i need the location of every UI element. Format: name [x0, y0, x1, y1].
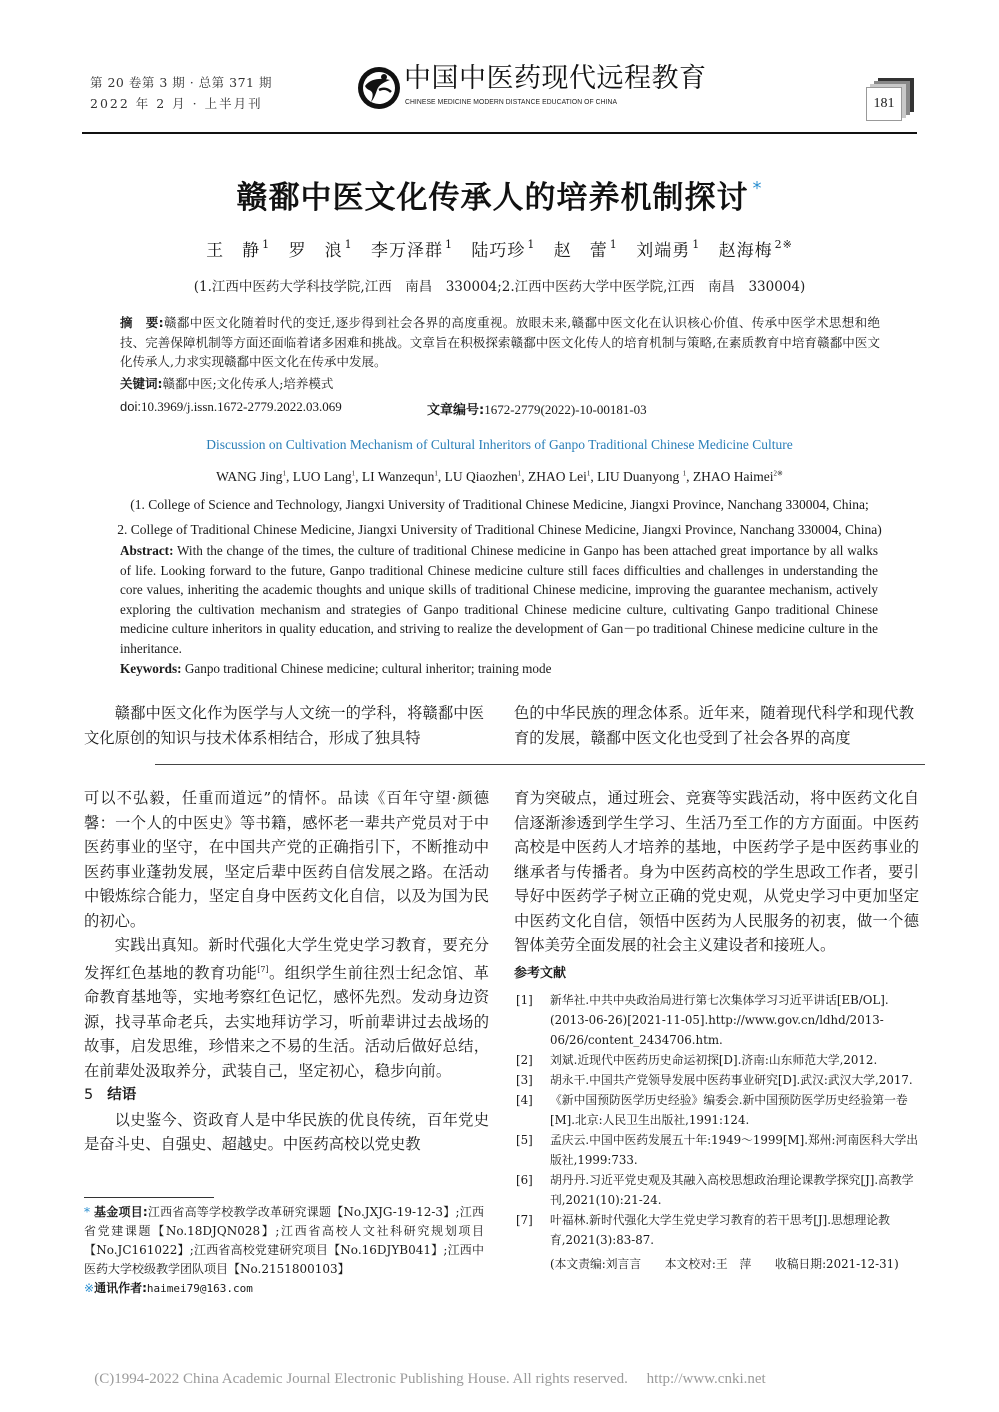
reference-item: [5]孟庆云.中国中医药发展五十年:1949～1999[M].郑州:河南医科大学… — [514, 1130, 919, 1170]
abstract-en: Abstract: With the change of the times, … — [120, 541, 878, 658]
fund-note: * 基金项目:江西省高等学校教学改革研究课题【No.JXJG-19-12-3】;… — [84, 1203, 484, 1279]
article-number: 文章编号:1672-2779(2022)-10-00181-03 — [427, 399, 647, 418]
page-number-box: 181 — [866, 81, 908, 121]
article-number-value: 1672-2779(2022)-10-00181-03 — [484, 402, 646, 417]
author: 赵海梅2※ — [719, 241, 793, 261]
body-paragraph: 可以不弘毅，任重而道远”的情怀。品读《百年守望·颜德馨：一个人的中医史》等书籍，… — [84, 786, 489, 933]
affiliation-en-1: (1. College of Science and Technology, J… — [0, 492, 999, 517]
copyright-notice: (C)1994-2022 China Academic Journal Elec… — [0, 1367, 860, 1388]
reference-item: [7]叶福林.新时代强化大学生党史学习教育的若干思考[J].思想理论教育,202… — [514, 1210, 919, 1250]
article-title: 赣鄱中医文化传承人的培养机制探讨* — [0, 172, 999, 217]
abstract-label: 摘 要: — [120, 315, 164, 330]
doi: doi:10.3969/j.issn.1672-2779.2022.03.069 — [120, 399, 342, 415]
citation-link[interactable]: [7] — [257, 965, 268, 974]
page-number: 181 — [866, 87, 902, 121]
abstract-cn: 摘 要:赣鄱中医文化随着时代的变迁,逐步得到社会各界的高度重视。放眼未来,赣鄱中… — [120, 313, 880, 372]
article-number-label: 文章编号: — [427, 403, 484, 418]
abstract-text: 赣鄱中医文化随着时代的变迁,逐步得到社会各界的高度重视。放眼未来,赣鄱中医文化在… — [120, 315, 880, 369]
reference-item: [3]胡永干.中国共产党领导发展中医药事业研究[D].武汉:武汉大学,2017. — [514, 1070, 919, 1090]
reference-item: [4]《新中国预防医学历史经验》编委会.新中国预防医学历史经验第一卷[M].北京… — [514, 1090, 919, 1130]
reference-item: [1]新华社.中共中央政治局进行第七次集体学习习近平讲话[EB/OL].(201… — [514, 990, 919, 1050]
article-title-text: 赣鄱中医文化传承人的培养机制探讨 — [237, 180, 749, 216]
footnote-divider — [84, 1197, 214, 1198]
editor-info: (本文责编:刘言言 本文校对:王 萍 收稿日期:2021-12-31) — [514, 1252, 919, 1277]
email-link[interactable]: haimei79@163.com — [147, 1282, 253, 1295]
abstract-en-label: Abstract: — [120, 543, 173, 558]
section-heading: 5结语 — [84, 1083, 489, 1108]
reference-item: [2]刘斌.近现代中医药历史命运初探[D].济南:山东师范大学,2012. — [514, 1050, 919, 1070]
body-paragraph: 育为突破点，通过班会、竞赛等实践活动，将中医药文化自信逐渐渗透到学生学习、生活乃… — [514, 786, 919, 958]
keywords-text: 赣鄱中医;文化传承人;培养模式 — [163, 376, 334, 391]
intro-right-column: 色的中华民族的理念体系。近年来，随着现代科学和现代教育的发展，赣鄱中医文化也受到… — [514, 701, 914, 750]
header-divider — [82, 132, 917, 134]
keywords-en: Keywords: Ganpo traditional Chinese medi… — [120, 661, 551, 677]
body-paragraph: 以史鉴今、资政育人是中华民族的优良传统，百年党史是奋斗史、自强史、超越史。中医药… — [84, 1108, 489, 1157]
doi-value[interactable]: 10.3969/j.issn.1672-2779.2022.03.069 — [141, 399, 342, 414]
reference-item: [6]胡丹丹.习近平党史观及其融入高校思想政治理论课教学探究[J].高教学刊,2… — [514, 1170, 919, 1210]
body-paragraph: 实践出真知。新时代强化大学生党史学习教育，要充分发挥红色基地的教育功能[7]。组… — [84, 933, 489, 1083]
author: 罗 浪1 — [289, 241, 353, 261]
author-list-en: WANG Jing1, LUO Lang1, LI Wanzequn1, LU … — [0, 469, 999, 485]
intro-left-column: 赣鄱中医文化作为医学与人文统一的学科，将赣鄱中医文化原创的知识与技术体系相结合，… — [84, 701, 484, 750]
article-title-en: Discussion on Cultivation Mechanism of C… — [0, 437, 999, 453]
affiliation-cn: (1.江西中医药大学科技学院,江西 南昌 330004;2.江西中医药大学中医学… — [0, 275, 999, 295]
reference-list: [1]新华社.中共中央政治局进行第七次集体学习习近平讲话[EB/OL].(201… — [514, 990, 919, 1250]
author: 李万泽群1 — [371, 241, 453, 261]
keywords-en-label: Keywords: — [120, 661, 182, 676]
issue-line-volume: 第 20 卷第 3 期 · 总第 371 期 — [90, 72, 272, 93]
journal-name-cn: 中国中医药现代远程教育 — [404, 63, 707, 95]
affiliation-en-2: 2. College of Traditional Chinese Medici… — [0, 517, 999, 542]
footnote: * 基金项目:江西省高等学校教学改革研究课题【No.JXJG-19-12-3】;… — [84, 1203, 484, 1298]
author: 刘端勇1 — [636, 241, 700, 261]
author: 赵 蕾1 — [554, 241, 618, 261]
page-break-divider — [155, 764, 925, 765]
abstract-en-text: With the change of the times, the cultur… — [120, 543, 878, 656]
keywords-en-text: Ganpo traditional Chinese medicine; cult… — [182, 661, 552, 676]
journal-name-en: CHINESE MEDICINE MODERN DISTANCE EDUCATI… — [405, 97, 617, 106]
body-left-column: 可以不弘毅，任重而道远”的情怀。品读《百年守望·颜德馨：一个人的中医史》等书籍，… — [84, 786, 489, 1157]
fund-marker: * — [753, 178, 763, 199]
issue-info: 第 20 卷第 3 期 · 总第 371 期 2022 年 2 月 · 上半月刊 — [90, 72, 272, 114]
affiliation-en: (1. College of Science and Technology, J… — [0, 492, 999, 542]
journal-logo-icon — [357, 66, 401, 110]
corresponding-author: ※通讯作者:haimei79@163.com — [84, 1279, 484, 1298]
body-right-column: 育为突破点，通过班会、竞赛等实践活动，将中医药文化自信逐渐渗透到学生学习、生活乃… — [514, 786, 919, 1277]
author-list-cn: 王 静1 罗 浪1 李万泽群1 陆巧珍1 赵 蕾1 刘端勇1 赵海梅2※ — [0, 236, 999, 261]
keywords-label: 关键词: — [120, 376, 163, 391]
doi-label: doi: — [120, 399, 141, 414]
author: 陆巧珍1 — [471, 241, 535, 261]
keywords-cn: 关键词:赣鄱中医;文化传承人;培养模式 — [120, 374, 333, 392]
author: 王 静1 — [206, 241, 270, 261]
issue-line-date: 2022 年 2 月 · 上半月刊 — [90, 93, 272, 114]
references-heading: 参考文献 — [514, 962, 919, 987]
